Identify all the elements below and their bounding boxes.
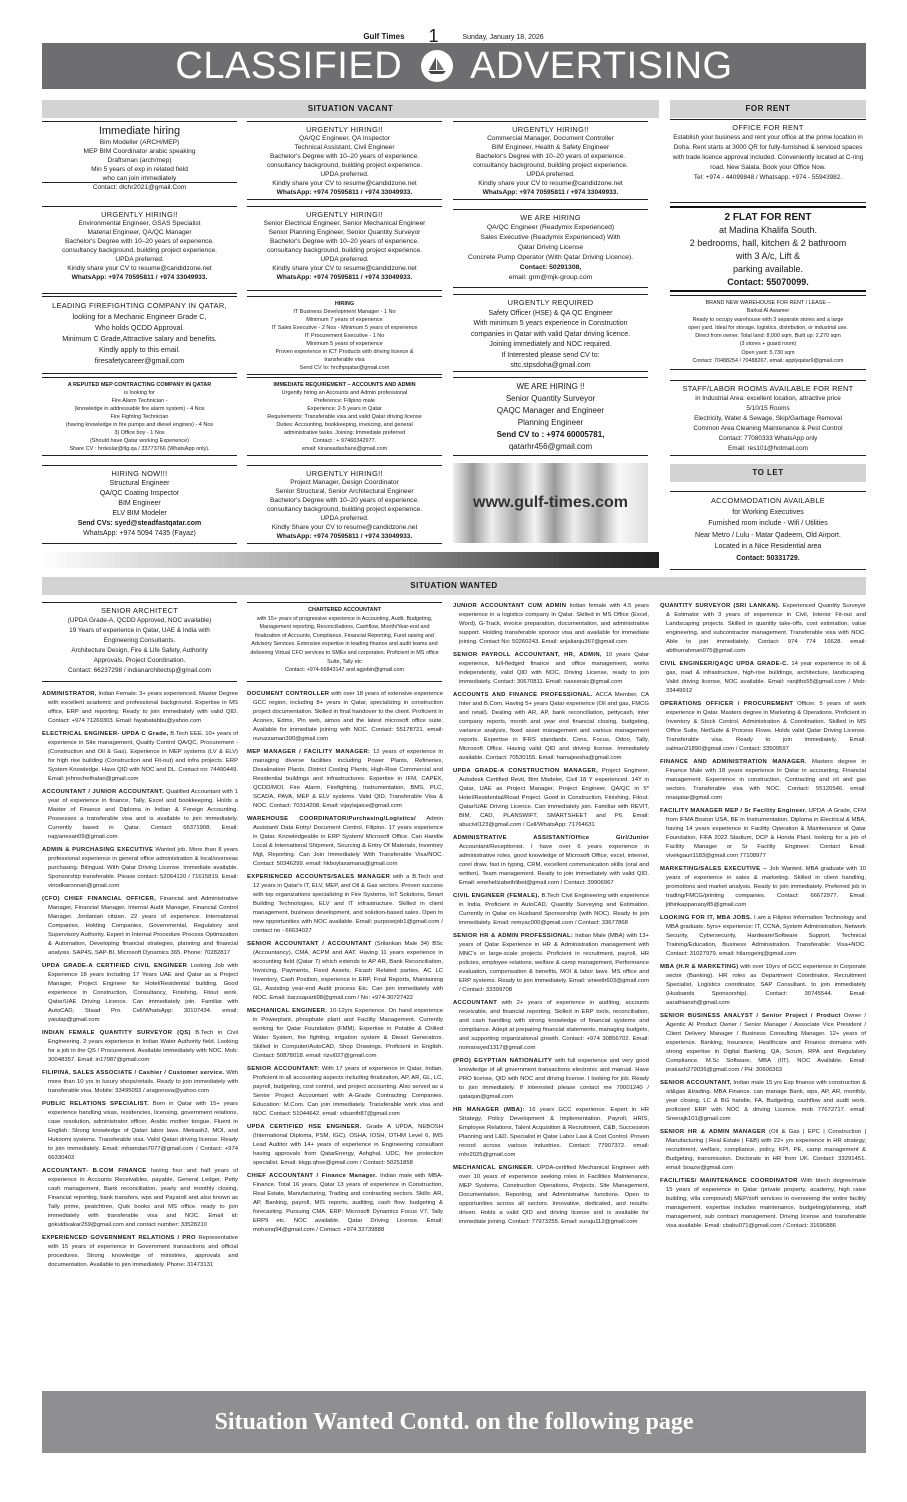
entry-body: 10-12yrs Experience. On hand experience … bbox=[253, 1008, 443, 1059]
ad-line: Share CV : hrdeslar@tlg.qa / 33773766 (W… bbox=[42, 445, 237, 453]
entry-body: 12 years of experience in managing diver… bbox=[253, 749, 443, 809]
entry-title: FACILITY MANAGER MEP / Sr Facility Engin… bbox=[660, 808, 807, 814]
entry-title: SENIOR HR & ADMIN PROFESSIONAL: bbox=[453, 933, 573, 939]
entry-title: (PRO) EGYPTIAN NATIONALITY bbox=[453, 1058, 552, 1064]
ad-line: Bachelor's Degree with 10–20 years of ex… bbox=[42, 237, 237, 246]
ad-line: Safety Officer (HSE) & QA QC Engineer bbox=[453, 309, 648, 320]
entry-body: with full experience and very good knowl… bbox=[459, 1058, 649, 1100]
ad-title: URGENTLY HIRING!! bbox=[453, 125, 648, 134]
entry-title: (CFO) CHIEF FINANCIAL OFFICER, bbox=[42, 896, 156, 902]
wanted-entry: (PRO) EGYPTIAN NATIONALITY with full exp… bbox=[453, 1057, 649, 1102]
ad-line: QA/QC Coating Inspector bbox=[42, 489, 237, 499]
ad-line: with 3 A/c, Lift & bbox=[670, 250, 866, 263]
entry-title: JUNIOR ACCOUNTANT CUM ADMIN bbox=[453, 603, 566, 609]
entry-title: MEP MANAGER / FACILITY MANAGER: bbox=[247, 749, 370, 755]
entry-title: LOOKING FOR IT, MBA JOBS. bbox=[660, 915, 752, 921]
ad-line: Tel: +974 - 44099848 / Whatsapp: +974 - … bbox=[670, 173, 866, 183]
ad-line: Electricity, Water & Sewage, Skip/Garbag… bbox=[670, 414, 866, 424]
wanted-entry: MECHANICAL ENGINEER. 10-12yrs Experience… bbox=[247, 1007, 443, 1061]
entry-body: (Srilankan Male 34) BSc (Accountancy), C… bbox=[253, 941, 443, 1001]
entry-title: UPDA GRADE-A CERTIFIED CIVIL ENGINEER bbox=[42, 963, 187, 969]
ad-line: Requirements: Transferable visa and vali… bbox=[247, 413, 442, 421]
entry-title: OPERATIONS OFFICER / PROCUREMENT bbox=[660, 701, 793, 707]
ad-line: Duties: Accounting, bookkeeping, invoici… bbox=[247, 421, 442, 429]
ad-title: URGENTLY HIRING!! bbox=[247, 125, 442, 134]
ad-line: Located in a Nice Residential area bbox=[670, 541, 866, 553]
entry-body: Looking Job with Experience 18 years inc… bbox=[48, 963, 238, 1023]
wanted-entry: QUANTITY SURVEYOR (SRI LANKAN). Experien… bbox=[660, 602, 866, 656]
ad-line: In Industrial Area: excellent location, … bbox=[670, 394, 866, 404]
ad-line: BIM Engineer, Health & Safety Engineer bbox=[453, 143, 648, 152]
ad-line: Contact : + 97460342977. bbox=[247, 437, 442, 445]
ad-urgently-hiring-senior: URGENTLY HIRING!! Senior Electrical Engi… bbox=[247, 206, 442, 291]
ad-line: Contact: 50291308, bbox=[453, 263, 648, 273]
entry-title: FACILITIES/ MAINTENANCE COORDINATOR bbox=[660, 1178, 798, 1184]
entry-title: SENIOR ACCOUNTANT: bbox=[247, 1066, 320, 1072]
wanted-entry: UPDA GRADE-A CONSTRUCTION MANAGER, Proje… bbox=[453, 767, 649, 830]
ad-line: Contact: 50331729. bbox=[670, 553, 866, 565]
ad-title: WE ARE HIRING !! bbox=[453, 381, 648, 393]
ad-urgently-hiring-env: URGENTLY HIRING!! Environmental Engineer… bbox=[42, 206, 237, 294]
ad-line: Senior Quantity Surveyor bbox=[453, 393, 648, 405]
entry-title: FINANCE AND ADMINISTRATION MANAGER. bbox=[660, 759, 807, 765]
ad-line: for Working Executives bbox=[670, 507, 866, 519]
entry-title: EXPERIENCED ACCOUNTS/SALES MANAGER bbox=[247, 874, 390, 880]
ad-line: Proven experience in ICT Products with d… bbox=[247, 348, 442, 356]
entry-body: with a B.Tech and 12 years in Qatar's IT… bbox=[253, 874, 443, 934]
ad-line: WhatsApp: +974 70595811 / +974 33049933. bbox=[247, 532, 442, 541]
wanted-entry: ADMINISTRATOR, Indian Female: 3+ years e… bbox=[42, 690, 238, 726]
ad-line: Joining immediately and NOC required. bbox=[453, 340, 648, 351]
ad-line: WhatsApp: +974 70595811 / +974 33049933. bbox=[453, 188, 648, 197]
ad-title: WE ARE HIRING bbox=[453, 213, 648, 223]
wanted-entry: SENIOR HR & ADMIN PROFESSIONAL: Indian M… bbox=[453, 932, 649, 995]
entry-body: Job Wanted. MBA graduate with 10 years o… bbox=[666, 866, 866, 908]
wanted-column-3: JUNIOR ACCOUNTANT CUM ADMIN Indian femal… bbox=[453, 602, 649, 1231]
entry-title: QUANTITY SURVEYOR (SRI LANKAN). bbox=[660, 603, 780, 609]
ad-line: companies in Qatar with valid Qatar driv… bbox=[453, 330, 648, 341]
ad-line: Contact: dlchr2021@gmail.Com bbox=[42, 183, 237, 192]
wanted-entry: ACCOUNTS AND FINANCE PROFESSIONAL. ACCA … bbox=[453, 691, 649, 763]
ad-title: A REPUTED MEP CONTRACTING COMPANY IN QAT… bbox=[42, 381, 237, 389]
issue-date: Sunday, January 18, 2026 bbox=[462, 34, 543, 41]
ad-line: UPDA preferred. bbox=[453, 170, 648, 179]
wanted-entry: DOCUMENT CONTROLLER with over 18 years o… bbox=[247, 690, 443, 744]
entry-body: with over 18 years of extensive experien… bbox=[253, 691, 443, 742]
ad-line: Kindly share your CV to resume@candidzon… bbox=[247, 264, 442, 273]
wanted-column-2: DOCUMENT CONTROLLER with over 18 years o… bbox=[247, 690, 443, 1239]
ad-we-are-hiring-qs: WE ARE HIRING !! Senior Quantity Surveyo… bbox=[453, 377, 648, 456]
entry-body: (Oil & Gas | EPC | Construction | Manufa… bbox=[666, 1129, 866, 1171]
ad-line: UPDA preferred. bbox=[42, 255, 237, 264]
entry-body: Experienced Quantity Surveyor & Estimato… bbox=[666, 603, 866, 654]
wanted-entry: EXPERIENCED ACCOUNTS/SALES MANAGER with … bbox=[247, 873, 443, 936]
ad-chartered-accountant: CHARTERED ACCOUNTANT with 15+ years of p… bbox=[247, 602, 442, 682]
ad-urgently-hiring-commercial: URGENTLY HIRING!! Commercial Manager, Do… bbox=[453, 121, 648, 200]
wanted-entry: HR MANAGER (MBA): 16 years GCC experienc… bbox=[453, 1106, 649, 1160]
wanted-entry: WAREHOUSE COORDINATOR/Purchasing/Logisti… bbox=[247, 815, 443, 869]
ad-line: Email: res101@hotmail.com bbox=[670, 444, 866, 454]
wanted-entry: SENIOR ACCOUNTANT / ACCOUNTANT (Srilanka… bbox=[247, 940, 443, 1003]
wanted-entry: (CFO) CHIEF FINANCIAL OFFICER, Financial… bbox=[42, 895, 238, 958]
ad-line: WhatsApp: +974 70595811 / +974 33049933. bbox=[247, 273, 442, 282]
wanted-entry: ADMIN & PURCHASING EXECUTIVE Wanted job.… bbox=[42, 846, 238, 891]
entry-body: With btech degree/male 15 years of exper… bbox=[666, 1178, 866, 1229]
ad-line: sttc.stpsdoha@gmail.com bbox=[453, 361, 648, 372]
entry-body: Indian male with MBA-Finance. Total 16 y… bbox=[253, 1173, 443, 1233]
ad-line: (having knowledge in fire pumps and dies… bbox=[42, 421, 237, 429]
entry-title: MBA (H.R & MARKETING) bbox=[660, 964, 739, 970]
entry-body: Masters degree in Finance Male with 18 y… bbox=[666, 759, 866, 801]
entry-title: ADMIN & PURCHASING EXECUTIVE bbox=[42, 847, 153, 853]
ad-line: Environmental Engineer, GSAS Specialist bbox=[42, 219, 237, 228]
ad-line: MEP BIM Coordinator arabic speaking bbox=[42, 147, 237, 156]
ad-line: Kindly share your CV to resume@candidzon… bbox=[42, 264, 237, 273]
classified-banner: CLASSIFIED ADVERTISING bbox=[42, 43, 866, 89]
entry-body: 16 years GCC experience. Expert in HR St… bbox=[459, 1107, 649, 1158]
entry-body: I am a Filipino Information Technology a… bbox=[666, 915, 866, 957]
ad-line: email: grm@mjk-group.com bbox=[453, 273, 648, 283]
wanted-entry: CIVIL ENGINEER (FEMALE). B.Tech Civil En… bbox=[453, 892, 649, 928]
wanted-entry: MARKETING/SALES EXECUTIVE – Job Wanted. … bbox=[660, 865, 866, 910]
section-to-let: TO LET bbox=[670, 464, 866, 482]
ad-flat-for-rent: 2 FLAT FOR RENT at Madina Khalifa South.… bbox=[670, 206, 866, 292]
entry-title: FILIPINA, SALES ASSOCIATE / Cashier / Cu… bbox=[42, 1070, 224, 1076]
paper-name: Gulf Times bbox=[363, 32, 404, 41]
entry-body: With 17 years of experience in Qatar, In… bbox=[253, 1066, 443, 1117]
wanted-entry: FILIPINA, SALES ASSOCIATE / Cashier / Cu… bbox=[42, 1069, 238, 1096]
ad-line: Min 5 years of exp in related field bbox=[42, 165, 237, 174]
ad-line: Send CV to : +974 60005781, bbox=[453, 429, 648, 441]
continued-footer-banner: Situation Wanted Contd. on the following… bbox=[42, 1391, 866, 1453]
entry-title: PUBLIC RELATIONS SPECIALIST. bbox=[42, 1101, 149, 1107]
wanted-entry: ACCOUNTANT / JUNIOR ACCOUNTANT. Qualifie… bbox=[42, 788, 238, 842]
entry-body: Indian Male (MBA) with 13+ years of Qata… bbox=[459, 933, 649, 993]
entry-body: Grade A UPDA, NEBOSH (International Dipl… bbox=[253, 1124, 443, 1166]
ad-line: Fire Fighting Technician bbox=[42, 413, 237, 421]
wanted-entry: PUBLIC RELATIONS SPECIALIST. Born in Qat… bbox=[42, 1100, 238, 1163]
ad-line: WhatsApp: +974 5094 7435 (Fayaz) bbox=[42, 529, 237, 539]
entry-title: SENIOR BUSINESS ANALYST / Senior Project… bbox=[660, 1013, 841, 1019]
entry-title: SENIOR ACCOUNTANT, bbox=[660, 1080, 732, 1086]
banner-right-word: ADVERTISING bbox=[470, 45, 732, 87]
ad-line: BIM Engineer bbox=[42, 499, 237, 509]
ad-line: administrative tasks. Joining: Immediate… bbox=[247, 429, 442, 437]
wanted-entry: OPERATIONS OFFICER / PROCUREMENT Officer… bbox=[660, 700, 866, 754]
ad-title: BRAND NEW WAREHOUSE FOR RENT / LEASE – bbox=[670, 299, 866, 307]
entry-body: with 2+ years of experience in auditing,… bbox=[459, 1000, 649, 1051]
ad-line: WhatsApp: +974 70595811 / +974 33049933. bbox=[247, 188, 442, 197]
ad-line: transferable visa bbox=[247, 356, 442, 364]
ad-line: (3 stores + guard room) bbox=[670, 340, 866, 348]
entry-title: WAREHOUSE COORDINATOR/Purchasing/Logisti… bbox=[247, 816, 416, 822]
ad-line: parking available. bbox=[670, 263, 866, 276]
ad-line: Senior Planning Engineer, Senior Quantit… bbox=[247, 228, 442, 237]
ad-senior-architect: SENIOR ARCHITECT (UPDA Grade-A, QCDD App… bbox=[42, 602, 237, 682]
ad-title: ACCOMMODATION AVAILABLE bbox=[670, 495, 866, 507]
ad-urgently-hiring-qaqc: URGENTLY HIRING!! QA/QC Engineer, QA Ins… bbox=[247, 121, 442, 200]
ad-line: IT Sales Executive - 2 Nos - Minimum 5 y… bbox=[247, 324, 442, 332]
entry-body: B.Tech EEE. 10+ years of experience in S… bbox=[48, 731, 238, 782]
ad-line: Contact: 55070099. bbox=[670, 276, 866, 289]
ad-line: QA/QC Engineer, QA Inspector bbox=[247, 134, 442, 143]
wanted-column-4: QUANTITY SURVEYOR (SRI LANKAN). Experien… bbox=[660, 602, 866, 1235]
ad-line: Furnished room include - Wifi / Utilitie… bbox=[670, 518, 866, 530]
ad-urgently-required: URGENTLY REQUIRED Safety Officer (HSE) &… bbox=[453, 294, 648, 372]
ad-line: open yard. Ideal for storage, logistics,… bbox=[670, 324, 866, 332]
ad-line: Bim Modeller (ARCH/MEP) bbox=[42, 138, 237, 147]
ad-line: Technical Assistant, Civil Engineer bbox=[247, 143, 442, 152]
ad-line: Bachelor's Degree with 10–20 years of ex… bbox=[453, 152, 648, 161]
entry-body: Admin Assistant/ Data Entry/ Document Co… bbox=[253, 816, 443, 867]
ad-line: 2 bedrooms, hall, kitchen & 2 bathroom bbox=[670, 237, 866, 250]
entry-body: UPDA-certified Mechanical Engineer with … bbox=[459, 1165, 649, 1225]
decorative-gradient-bar bbox=[42, 552, 659, 568]
ad-accommodation: ACCOMMODATION AVAILABLE for Working Exec… bbox=[670, 491, 866, 570]
entry-title: ACCOUNTANT / JUNIOR ACCOUNTANT. bbox=[42, 789, 164, 795]
ad-line: ELV BIM Modeler bbox=[42, 509, 237, 519]
entry-title: DOCUMENT CONTROLLER bbox=[247, 691, 329, 697]
wanted-entry: SENIOR PAYROLL ACCOUNTANT, HR, ADMIN, 10… bbox=[453, 651, 649, 687]
ad-title: Immediate hiring bbox=[42, 125, 237, 138]
ad-accounts-admin: IMMEDIATE REQUIREMENT – ACCOUNTS AND ADM… bbox=[247, 377, 442, 456]
ad-line: Contact: 66237298 / indianarchitectsp@gm… bbox=[42, 666, 237, 676]
ad-line: Fire Alarm Technician - bbox=[42, 397, 237, 405]
website-promo[interactable]: www.gulf-times.com bbox=[453, 463, 648, 543]
ad-title: URGENTLY HIRING!! bbox=[42, 210, 237, 219]
ad-line: UPDA preferred. bbox=[247, 514, 442, 523]
ad-line: consultancy background, building project… bbox=[42, 246, 237, 255]
entry-body: Project Engineer, Autodesk Certified Rev… bbox=[459, 768, 649, 828]
wanted-entry: UPDA CERTIFIED HSE ENGINEER. Grade A UPD… bbox=[247, 1123, 443, 1168]
ad-line: consultancy background, building project… bbox=[247, 505, 442, 514]
ad-line: Commercial Manager, Document Controller bbox=[453, 134, 648, 143]
ad-staff-rooms: STAFF/LABOR ROOMS AVAILABLE FOR RENT In … bbox=[670, 380, 866, 456]
ad-line: Contact: 70488254 / 70488267, email: app… bbox=[670, 357, 866, 365]
ad-line: If Interested please send CV to: bbox=[453, 351, 648, 362]
ad-line: 19 Years of experience in Qatar, UAE & I… bbox=[42, 626, 237, 636]
section-for-rent: FOR RENT bbox=[670, 100, 866, 118]
wanted-entry: SENIOR ACCOUNTANT, Indian male 15 yrs Ex… bbox=[660, 1079, 866, 1124]
wanted-entry: FACILITIES/ MAINTENANCE COORDINATOR With… bbox=[660, 1177, 866, 1231]
ad-line: UPDA preferred. bbox=[247, 255, 442, 264]
ad-line: Urgently hiring an Accounts and Admin pr… bbox=[247, 389, 442, 397]
ad-line: Direct from owner. Total land: 8,000 sqm… bbox=[670, 332, 866, 340]
ad-line: Engineering Consultants. bbox=[42, 636, 237, 646]
ad-line: Planning Engineer bbox=[453, 417, 648, 429]
entry-title: CIVIL ENGINEER/QAQC UPDA GRADE-C. bbox=[660, 661, 789, 667]
ad-title: IMMEDIATE REQUIREMENT – ACCOUNTS AND ADM… bbox=[247, 381, 442, 389]
ad-title: URGENTLY HIRING!! bbox=[247, 469, 442, 478]
ad-line: Material Engineer, QA/QC Manager bbox=[42, 228, 237, 237]
ad-line: 5/10/15 Rooms bbox=[670, 404, 866, 414]
dhow-boat-icon bbox=[421, 50, 453, 82]
entry-body: Indian female with 4.5 years experience … bbox=[459, 603, 649, 645]
ad-line: QA/QC Engineer (Readymix Experienced) bbox=[453, 223, 648, 233]
entry-title: SENIOR ACCOUNTANT / ACCOUNTANT bbox=[247, 941, 372, 947]
wanted-entry: JUNIOR ACCOUNTANT CUM ADMIN Indian femal… bbox=[453, 602, 649, 647]
wanted-entry: ACCOUNTANT- B.COM FINANCE having four an… bbox=[42, 1167, 238, 1230]
ad-title: HIRING bbox=[247, 300, 442, 308]
ad-line: email: kiransadashans@gmail.com bbox=[247, 445, 442, 453]
ad-it-hiring: HIRING IT Business Development Manager -… bbox=[247, 296, 442, 375]
entry-body: having four and half years of experience… bbox=[48, 1168, 238, 1228]
ad-line: Send CV to: hrcthpqatar@gmail.com bbox=[247, 364, 442, 372]
ad-firefighting: LEADING FIREFIGHTING COMPANY IN QATAR, l… bbox=[42, 296, 237, 374]
entry-title: ADMINISTRATOR, bbox=[42, 691, 97, 697]
entry-body: Born in Qatar with 15+ years experience … bbox=[48, 1101, 238, 1161]
entry-title: ELECTRICAL ENGINEER- UPDA C Grade, bbox=[42, 731, 169, 737]
wanted-entry: EXPERIENCED GOVERNMENT RELATIONS / PRO R… bbox=[42, 1234, 238, 1270]
ad-title: URGENTLY REQUIRED bbox=[453, 298, 648, 309]
ad-title: CHARTERED ACCOUNTANT bbox=[247, 606, 442, 615]
ad-line: Bachelor's Degree with 10–20 years of ex… bbox=[247, 496, 442, 505]
wanted-entry: LOOKING FOR IT, MBA JOBS. I am a Filipin… bbox=[660, 914, 866, 959]
ad-line: Near Metro / Lulu - Matar Qadeem, Old Ai… bbox=[670, 530, 866, 542]
ad-title: URGENTLY HIRING!! bbox=[247, 210, 442, 219]
ad-line: Contact: 77080333 WhatsApp only bbox=[670, 434, 866, 444]
ad-line: Bachelor's Degree with 10–20 years of ex… bbox=[247, 152, 442, 161]
wanted-entry: MBA (H.R & MARKETING) with over 10yrs of… bbox=[660, 963, 866, 1008]
wanted-entry: FINANCE AND ADMINISTRATION MANAGER. Mast… bbox=[660, 758, 866, 803]
ad-mep-contracting: A REPUTED MEP CONTRACTING COMPANY IN QAT… bbox=[42, 377, 237, 456]
ad-line: UPDA preferred. bbox=[247, 170, 442, 179]
ad-line: QAQC Manager and Engineer bbox=[453, 405, 648, 417]
entry-title: CHIEF ACCOUNTANT / Finance Manager. bbox=[247, 1173, 377, 1179]
ad-line: With minimum 5 years experience in Const… bbox=[453, 319, 648, 330]
wanted-entry: MECHANICAL ENGINEER. UPDA-certified Mech… bbox=[453, 1164, 649, 1227]
ad-line: Sales Executive (Readymix Experienced) W… bbox=[453, 233, 648, 243]
entry-body: Owner / Agentic AI Product Owner / Senio… bbox=[666, 1013, 866, 1073]
ad-line: Contact: +974-66843147 and agjobin@gmail… bbox=[247, 666, 442, 675]
ad-line: Barkat Al Awamer bbox=[670, 307, 866, 315]
entry-body: Officer. 5 years of work experience in Q… bbox=[666, 701, 866, 752]
ad-line: at Madina Khalifa South. bbox=[670, 224, 866, 237]
entry-body: Qualified Accountant with 1 year of expe… bbox=[48, 789, 238, 840]
ad-line: (Should have Qatar working Experience) bbox=[42, 437, 237, 445]
entry-title: HR MANAGER (MBA): bbox=[453, 1107, 525, 1113]
section-situation-wanted: SITUATION WANTED bbox=[42, 577, 866, 595]
ad-line: is looking for bbox=[42, 389, 237, 397]
ad-hiring-now: HIRING NOW!!! Structural Engineer QA/QC … bbox=[42, 465, 237, 544]
wanted-entry: MEP MANAGER / FACILITY MANAGER: 12 years… bbox=[247, 748, 443, 811]
ad-urgently-hiring-pm: URGENTLY HIRING!! Project Manager, Desig… bbox=[247, 465, 442, 544]
entry-title: SENIOR HR & ADMIN MANAGER bbox=[660, 1129, 766, 1135]
ad-line: (knowledge in addressable fire alarm sys… bbox=[42, 405, 237, 413]
ad-line: looking for a Mechanic Engineer Grade C, bbox=[42, 311, 237, 322]
ad-title: OFFICE FOR RENT bbox=[670, 123, 866, 133]
entry-title: UPDA GRADE-A CONSTRUCTION MANAGER, bbox=[453, 768, 598, 774]
entry-title: SENIOR PAYROLL ACCOUNTANT, HR, ADMIN, bbox=[453, 652, 602, 658]
ad-title: SENIOR ARCHITECT bbox=[42, 606, 237, 616]
ad-line: Send CVs: syed@steadfastqatar.com bbox=[42, 519, 237, 529]
ad-line: (UPDA Grade-A, QCDD Approved, NOC availa… bbox=[42, 616, 237, 626]
ad-line: Open yard: 5,730 sqm bbox=[670, 349, 866, 357]
ad-line: Architecture Design, Fire & Life Safety,… bbox=[42, 646, 237, 656]
wanted-entry: SENIOR BUSINESS ANALYST / Senior Project… bbox=[660, 1012, 866, 1075]
entry-body: Indian male 15 yrs Exp finance with cons… bbox=[666, 1080, 866, 1122]
ad-line: Project Manager, Design Coordinator bbox=[247, 478, 442, 487]
ad-line: 3) Office boy - 1 Nos bbox=[42, 429, 237, 437]
ad-line: Who holds QCDD Approval. bbox=[42, 322, 237, 333]
ad-line: Concrete Pump Operator (With Qatar Drivi… bbox=[453, 253, 648, 263]
ad-office-for-rent: OFFICE FOR RENT Establish your business … bbox=[670, 119, 866, 203]
ad-line: Experience: 2-5 years in Qatar bbox=[247, 405, 442, 413]
ad-title: LEADING FIREFIGHTING COMPANY IN QATAR, bbox=[42, 300, 237, 311]
ad-line: Senior Structural, Senior Architectural … bbox=[247, 487, 442, 496]
ad-line: Ready to occupy warehouse with 3 separat… bbox=[670, 316, 866, 324]
ad-line: Minimum C Grade,Attractive salary and be… bbox=[42, 333, 237, 344]
ad-line: Approvals, Project Coordination. bbox=[42, 656, 237, 666]
ad-line: consultancy background, building project… bbox=[247, 161, 442, 170]
ad-immediate-hiring: Immediate hiring Bim Modeller (ARCH/MEP)… bbox=[42, 121, 237, 183]
wanted-entry: INDIAN FEMALE QUANTITY SURVEYOR (QS) B.T… bbox=[42, 1029, 238, 1065]
ad-line: Draftsman (arch/mep) bbox=[42, 156, 237, 165]
entry-title: ADMINISTRATIVE ASSISTANT/Office Girl/Jun… bbox=[453, 835, 649, 841]
wanted-entry: ACCOUNTANT with 2+ years of experience i… bbox=[453, 999, 649, 1053]
ad-line: Minimum 5 years of experience bbox=[247, 340, 442, 348]
entry-body: Financial and Administrative Manager, Fi… bbox=[48, 896, 238, 956]
ad-line: IT Business Development Manager - 1 No bbox=[247, 308, 442, 316]
entry-title: UPDA CERTIFIED HSE ENGINEER. bbox=[247, 1124, 362, 1130]
wanted-entry: SENIOR ACCOUNTANT: With 17 years of expe… bbox=[247, 1065, 443, 1119]
entry-title: CIVIL ENGINEER (FEMALE). bbox=[453, 893, 540, 899]
ad-title: 2 FLAT FOR RENT bbox=[670, 211, 866, 224]
wanted-column-1: ADMINISTRATOR, Indian Female: 3+ years e… bbox=[42, 690, 238, 1274]
entry-title: INDIAN FEMALE QUANTITY SURVEYOR (QS) bbox=[42, 1030, 191, 1036]
wanted-entry: ELECTRICAL ENGINEER- UPDA C Grade, B.Tec… bbox=[42, 730, 238, 784]
ad-line: WhatsApp: +974 70595811 / +974 33049933. bbox=[42, 273, 237, 282]
ad-line: Establish your business and rent your of… bbox=[670, 133, 866, 173]
ad-line: Senior Electrical Engineer, Senior Mecha… bbox=[247, 219, 442, 228]
ad-we-are-hiring-readymix: WE ARE HIRING QA/QC Engineer (Readymix E… bbox=[453, 209, 648, 288]
ad-line: who can join immediately bbox=[42, 174, 237, 183]
entry-title: MECHANICAL ENGINEER. bbox=[453, 1165, 534, 1171]
wanted-entry: CHIEF ACCOUNTANT / Finance Manager. Indi… bbox=[247, 1172, 443, 1235]
entry-body: with over 10yrs of GCC experience in Cor… bbox=[666, 964, 866, 1006]
ad-line: Minimum 7 years of experience bbox=[247, 316, 442, 324]
ad-line: with 15+ years of progressive experience… bbox=[247, 615, 442, 667]
ad-line: Common Area Cleaning Maintenance & Pest … bbox=[670, 424, 866, 434]
ad-line: Kindly share your CV to resume@candidzon… bbox=[247, 179, 442, 188]
ad-line: Qatar Driving License bbox=[453, 243, 648, 253]
entry-title: MECHANICAL ENGINEER. bbox=[247, 1008, 327, 1014]
entry-title: ACCOUNTS AND FINANCE PROFESSIONAL. bbox=[453, 692, 593, 698]
ad-title: HIRING NOW!!! bbox=[42, 469, 237, 479]
entry-body: Accountant/Receptionist. I have over 6 y… bbox=[459, 844, 649, 886]
ad-line: Kindly apply to this email. bbox=[42, 344, 237, 355]
entry-title: ACCOUNTANT- B.COM FINANCE bbox=[42, 1168, 147, 1174]
section-situation-vacant: SITUATION VACANT bbox=[42, 100, 659, 118]
ad-line: Bachelor's Degree with 10–20 years of ex… bbox=[247, 237, 442, 246]
entry-body: ACCA Member, CA Inter and B.Com. Having … bbox=[459, 692, 649, 761]
ad-line: consultancy background, building project… bbox=[247, 246, 442, 255]
entry-title: ACCOUNTANT bbox=[453, 1000, 497, 1006]
ad-line: firesafetycareer@gmail.com bbox=[42, 355, 237, 366]
banner-left-word: CLASSIFIED bbox=[175, 45, 402, 87]
wanted-entry: UPDA GRADE-A CERTIFIED CIVIL ENGINEER Lo… bbox=[42, 962, 238, 1025]
ad-title: STAFF/LABOR ROOMS AVAILABLE FOR RENT bbox=[670, 384, 866, 394]
ad-warehouse: BRAND NEW WAREHOUSE FOR RENT / LEASE – B… bbox=[670, 295, 866, 370]
ad-line: IT Procurement Executive - 1 No bbox=[247, 332, 442, 340]
wanted-entry: SENIOR HR & ADMIN MANAGER (Oil & Gas | E… bbox=[660, 1128, 866, 1173]
ad-line: Preference: Filipino male bbox=[247, 397, 442, 405]
wanted-entry: CIVIL ENGINEER/QAQC UPDA GRADE-C. 14 yea… bbox=[660, 660, 866, 696]
wanted-entry: ADMINISTRATIVE ASSISTANT/Office Girl/Jun… bbox=[453, 834, 649, 888]
ad-line: Kindly share your CV to resume@candidzon… bbox=[453, 179, 648, 188]
wanted-entry: FACILITY MANAGER MEP / Sr Facility Engin… bbox=[660, 807, 866, 861]
entry-title: EXPERIENCED GOVERNMENT RELATIONS / PRO bbox=[42, 1235, 196, 1241]
